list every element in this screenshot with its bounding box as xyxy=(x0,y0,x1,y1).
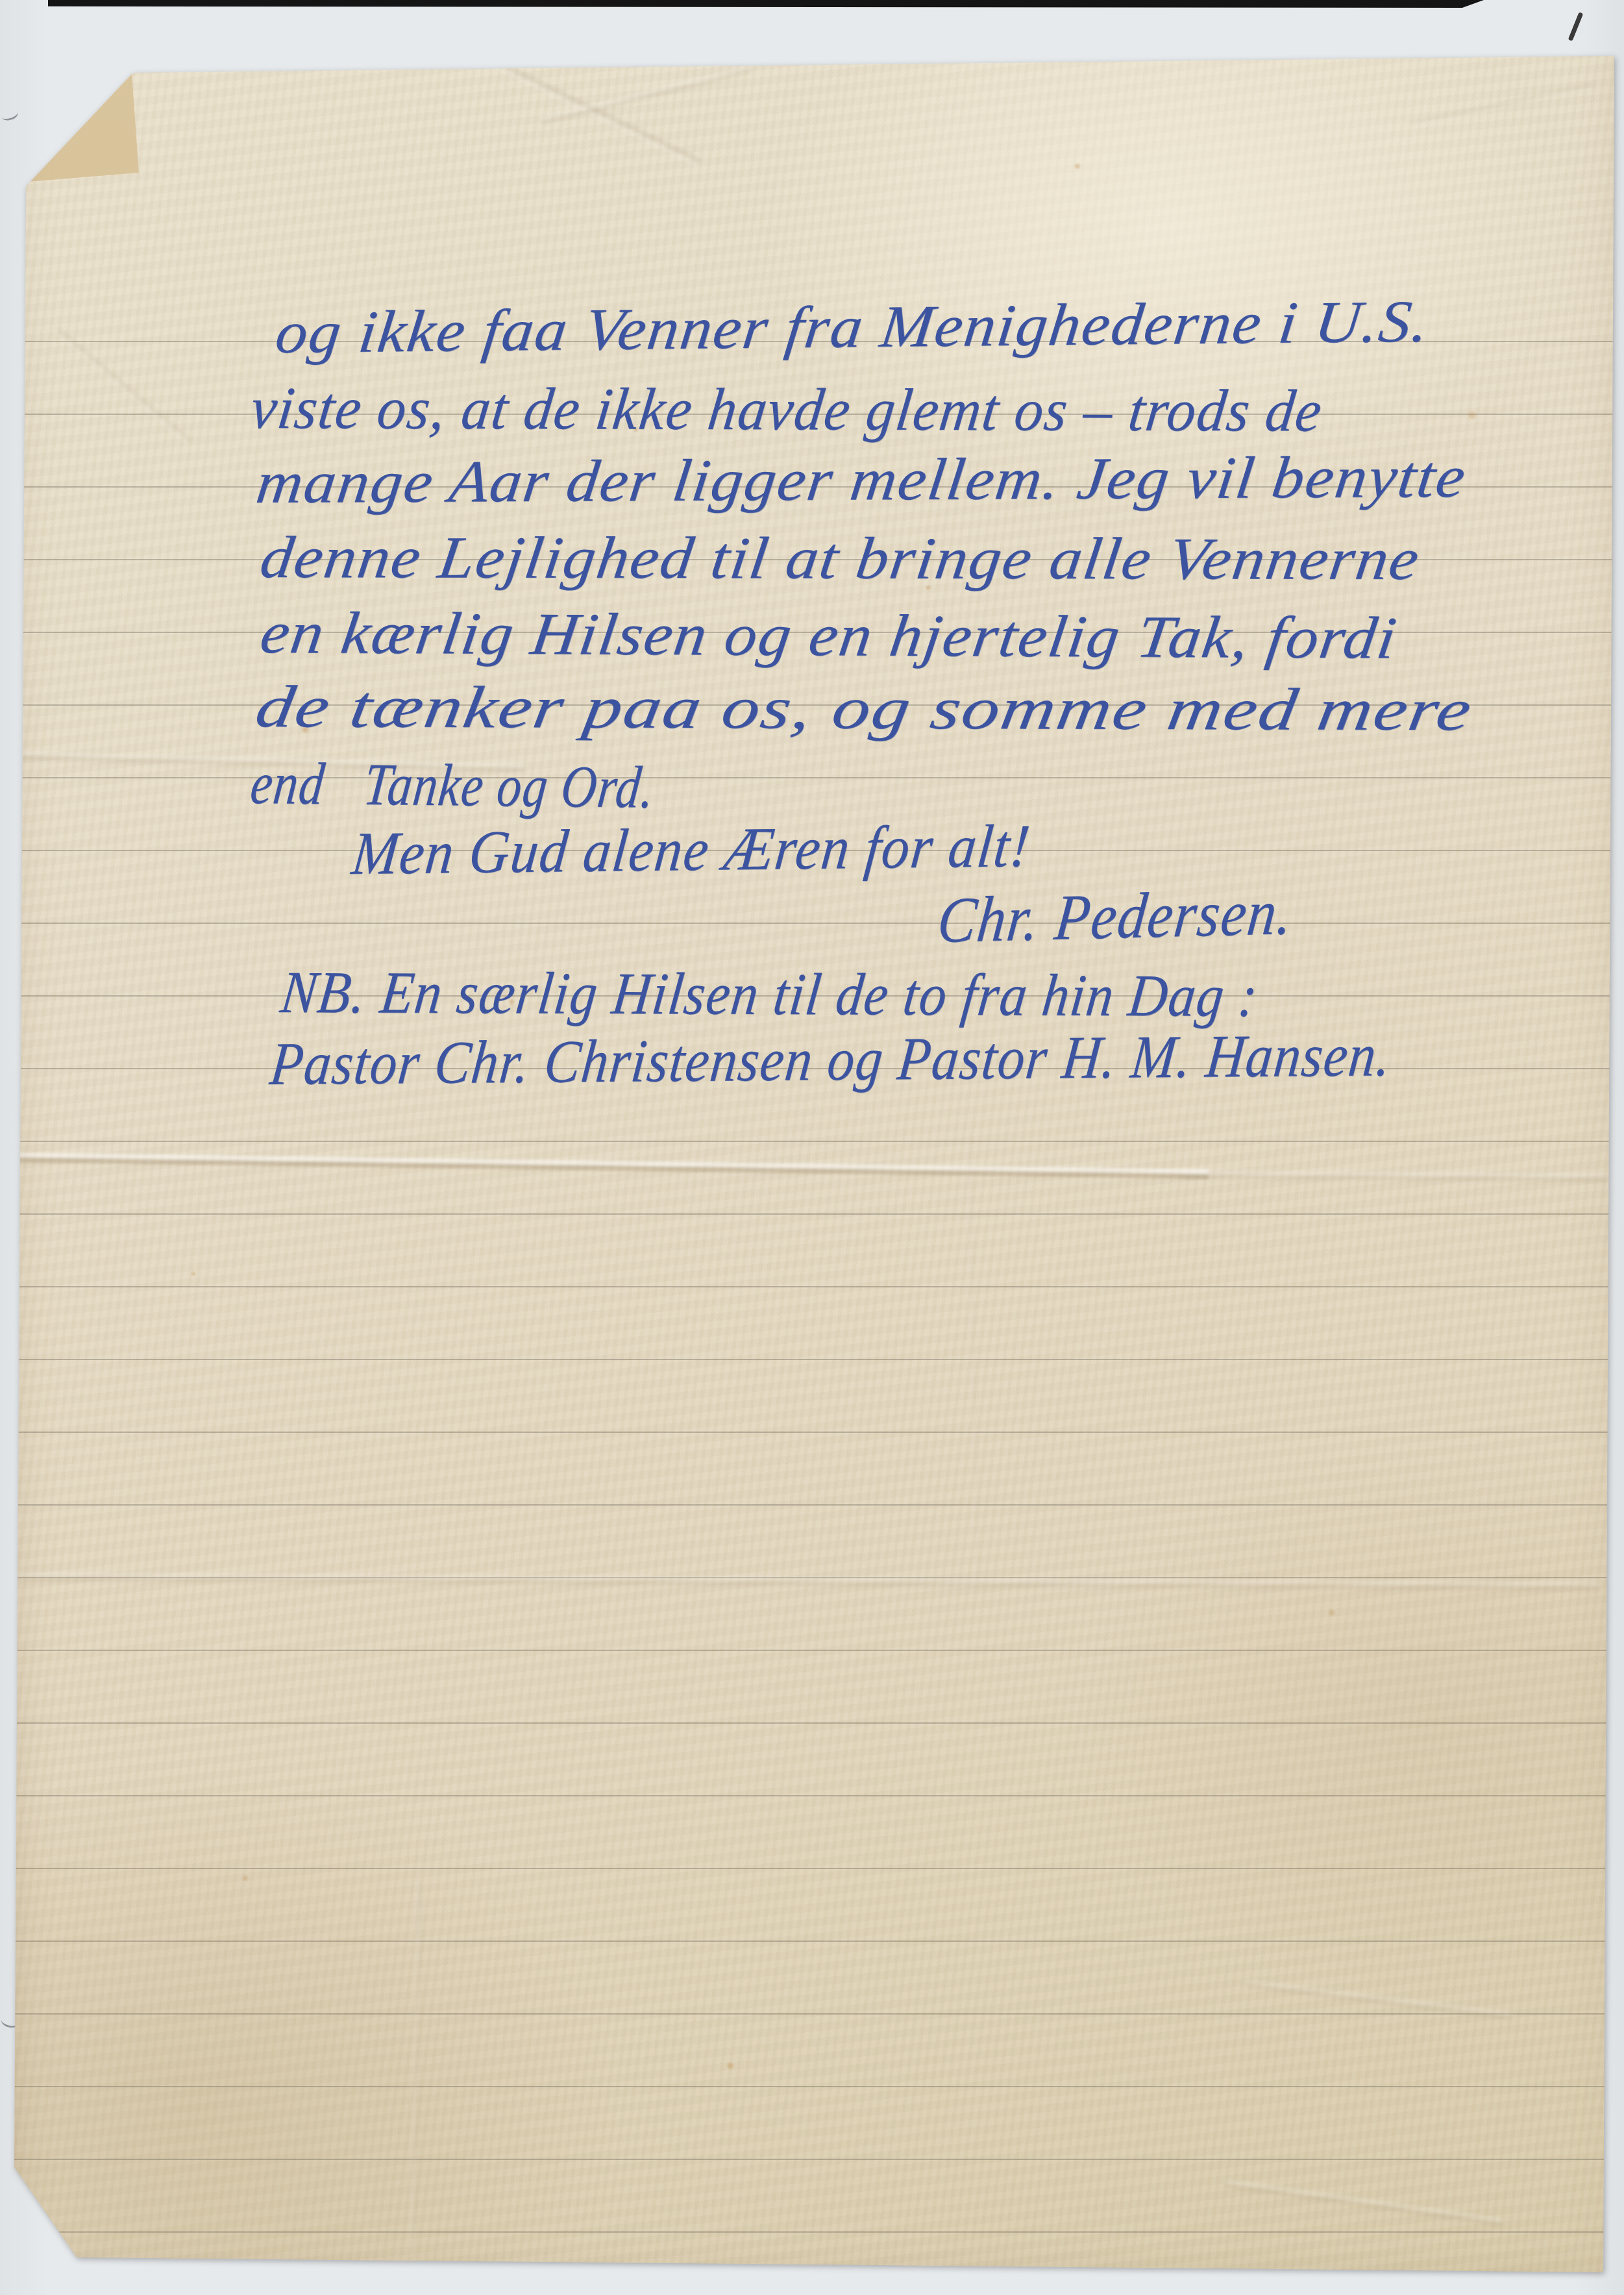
paper-edge-shading xyxy=(0,0,1624,2295)
letter-paper: og ikke faa Venner fra Menighederne i U.… xyxy=(0,0,1624,2295)
letter-paper-wrapper: og ikke faa Venner fra Menighederne i U.… xyxy=(0,0,1624,2295)
scanned-letter-page: og ikke faa Venner fra Menighederne i U.… xyxy=(0,0,1624,2295)
